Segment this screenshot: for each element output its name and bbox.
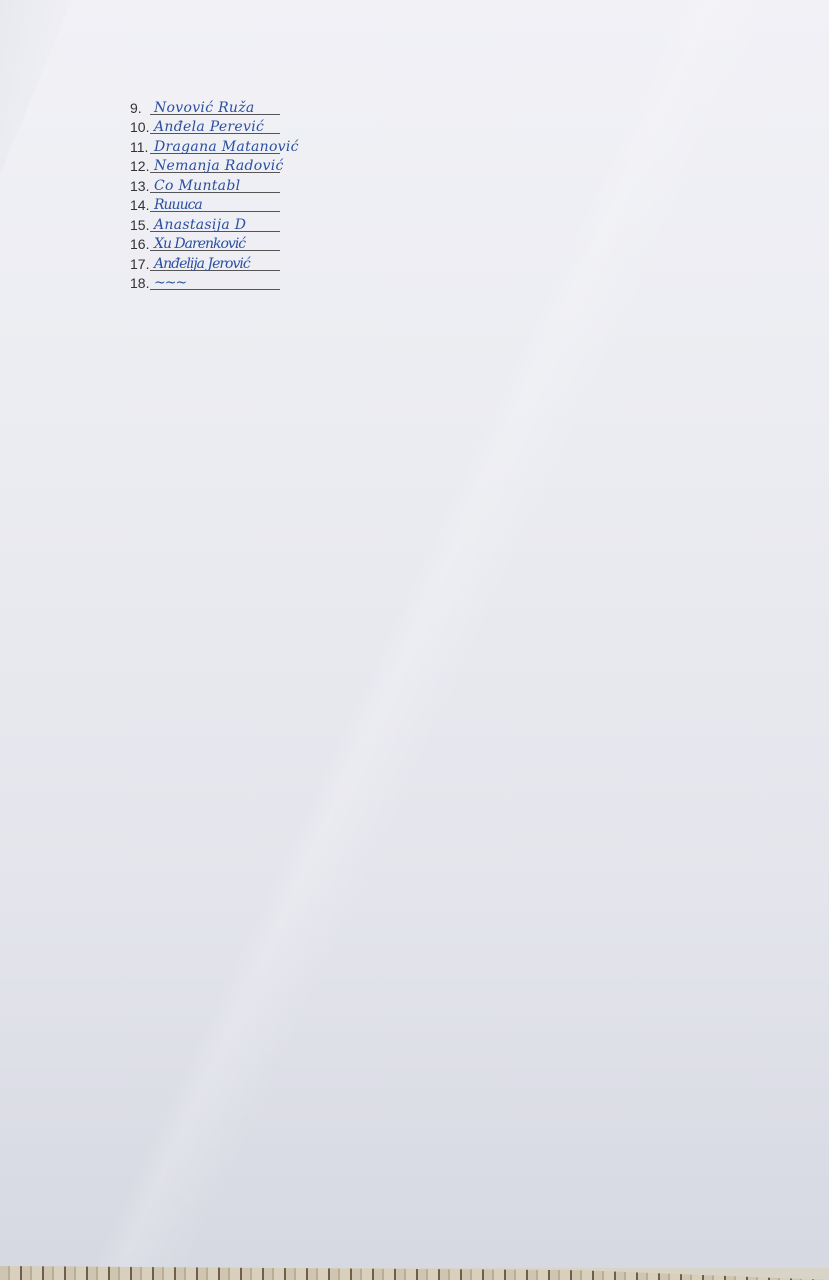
row-number: 14. xyxy=(130,197,152,213)
handwritten-signature: Ruuuca xyxy=(154,197,202,213)
row-number: 12. xyxy=(130,158,152,174)
row-number: 15. xyxy=(130,217,152,233)
handwritten-signature: Anastasija D xyxy=(154,217,246,233)
signature-row: 13. Co Muntabl xyxy=(130,174,410,194)
row-number: 13. xyxy=(130,178,152,194)
handwritten-signature: Anđelija Jerović xyxy=(154,256,250,272)
row-number: 11. xyxy=(130,139,152,155)
row-number: 16. xyxy=(130,236,152,252)
handwritten-signature: Xu Darenković xyxy=(154,236,245,252)
carpet-background xyxy=(0,1266,829,1280)
handwritten-signature: Anđela Perević xyxy=(154,119,264,135)
handwritten-signature: Dragana Matanović xyxy=(154,139,299,155)
signature-row: 11. Dragana Matanović xyxy=(130,135,410,155)
signature-row: 18. ~~~ xyxy=(130,272,410,292)
handwritten-signature: Novović Ruža xyxy=(154,100,255,116)
paper-fold-shading xyxy=(0,0,829,1268)
signature-row: 16. Xu Darenković xyxy=(130,233,410,253)
signature-row: 9. Novović Ruža xyxy=(130,96,410,116)
signature-row: 14. Ruuuca xyxy=(130,194,410,214)
row-number: 18. xyxy=(130,275,152,291)
signature-row: 10. Anđela Perević xyxy=(130,116,410,136)
signature-row: 15. Anastasija D xyxy=(130,213,410,233)
signature-row: 17. Anđelija Jerović xyxy=(130,252,410,272)
row-number: 17. xyxy=(130,256,152,272)
row-number: 10. xyxy=(130,119,152,135)
signature-row: 12. Nemanja Radović xyxy=(130,155,410,175)
handwritten-signature: ~~~ xyxy=(154,275,186,291)
handwritten-signature: Nemanja Radović xyxy=(154,158,284,174)
signature-list: 9. Novović Ruža 10. Anđela Perević 11. D… xyxy=(130,96,410,291)
handwritten-signature: Co Muntabl xyxy=(154,178,240,194)
row-number: 9. xyxy=(130,100,152,116)
